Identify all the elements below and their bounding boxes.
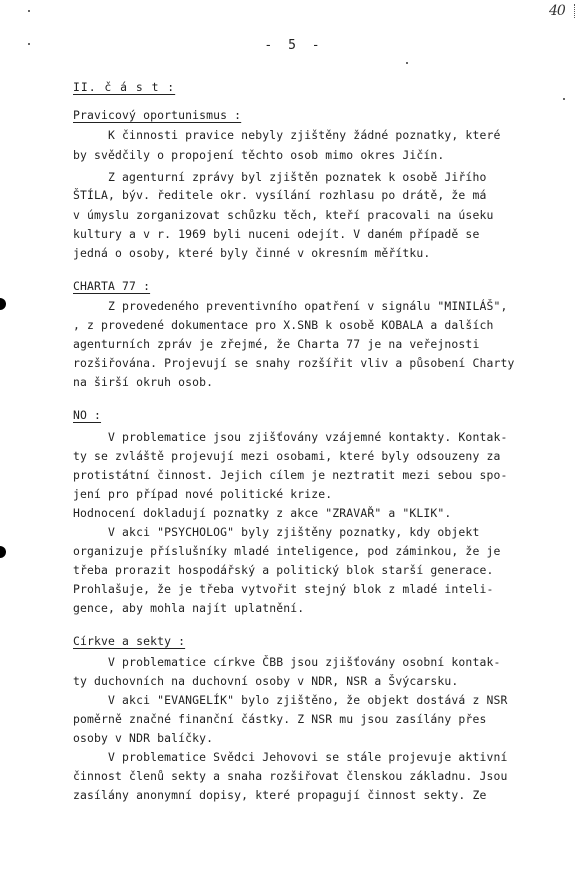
text-line: ŠTÍLA, býv. ředitele okr. vysílání rozhl… <box>73 190 486 201</box>
text-line: V problematice církve ČBB jsou zjišťován… <box>73 657 500 668</box>
heading-no: NO : <box>73 410 101 421</box>
text-line: V problematice Svědci Jehovovi se stále … <box>73 752 507 763</box>
text-line: V akci "PSYCHOLOG" byly zjištěny poznatk… <box>73 527 479 538</box>
scan-speck <box>28 10 30 12</box>
text-line: osoby v NDR balíčky. <box>73 733 213 744</box>
folio-number: 40 <box>549 3 565 19</box>
text-line: protistátní činnost. Jejich cílem je nez… <box>73 470 507 481</box>
text-line: gence, aby mohla najít uplatnění. <box>73 603 304 614</box>
text-line: Z provedeného preventivního opatření v s… <box>73 301 507 312</box>
text-line: Hodnocení dokladují poznatky z akce "ZRA… <box>73 508 451 519</box>
scan-speck <box>563 98 565 100</box>
text-line: na širší okruh osob. <box>73 377 213 388</box>
text-line: činnost členů sekty a snaha rozšiřovat č… <box>73 771 507 782</box>
section-title: II. č á s t : <box>73 82 175 93</box>
punch-hole-mark <box>0 298 6 310</box>
page-number: - 5 - <box>0 38 588 53</box>
text-line: kultury a v r. 1969 byli nuceni odejít. … <box>73 229 479 240</box>
text-line: třeba prorazit hospodářský a politický b… <box>73 565 493 576</box>
punch-hole-mark <box>0 546 6 558</box>
text-line: v úmyslu zorganizovat schůzku těch, kteř… <box>73 210 493 221</box>
scan-speck <box>406 62 408 64</box>
text-line: organizuje příslušníky mladé inteligence… <box>73 546 500 557</box>
text-line: zasílány anonymní dopisy, které propaguj… <box>73 790 486 801</box>
text-line: K činnosti pravice nebyly zjištěny žádné… <box>73 130 500 141</box>
text-line: poměrně značné finanční částky. Z NSR mu… <box>73 714 486 725</box>
text-line: rozšiřována. Projevují se snahy rozšířit… <box>73 358 515 369</box>
text-line: jení pro případ nové politické krize. <box>73 489 332 500</box>
text-line: , z provedené dokumentace pro X.SNB k os… <box>73 320 493 331</box>
text-line: jedná o osoby, které byly činné v okresn… <box>73 248 430 259</box>
scan-speck <box>28 43 30 45</box>
text-line: by svědčily o propojení těchto osob mimo… <box>73 150 444 161</box>
text-line: agenturních zpráv je zřejmé, že Charta 7… <box>73 339 479 350</box>
text-line: ty se zvláště projevují mezi osobami, kt… <box>73 451 500 462</box>
text-line: V akci "EVANGELÍK" bylo zjištěno, že obj… <box>73 695 507 706</box>
margin-mark <box>574 4 577 18</box>
text-line: V problematice jsou zjišťovány vzájemné … <box>73 432 507 443</box>
heading-charta-77: CHARTA 77 : <box>73 281 150 292</box>
heading-cirkve-a-sekty: Církve a sekty : <box>73 636 185 647</box>
document-page: 40 - 5 - II. č á s t : Pravicový oportun… <box>0 0 588 879</box>
text-line: Z agenturní zprávy byl zjištěn poznatek … <box>73 172 486 183</box>
text-line: ty duchovních na duchovní osoby v NDR, N… <box>73 676 458 687</box>
heading-pravicovy-oportunismus: Pravicový oportunismus : <box>73 110 241 121</box>
text-line: Prohlašuje, že je třeba vytvořit stejný … <box>73 584 493 595</box>
